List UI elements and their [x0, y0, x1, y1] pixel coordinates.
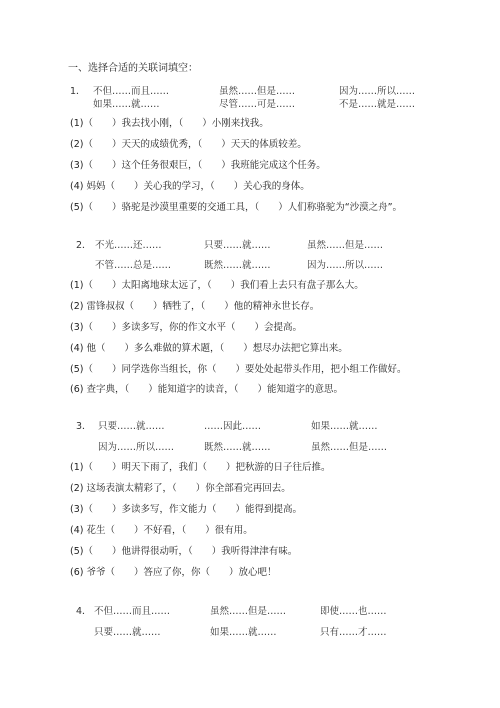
option: 只要……就……	[98, 418, 165, 432]
question: (5)（ ）他讲得很动听，（ ）我听得津津有味。	[70, 543, 297, 557]
option: 因为……所以……	[98, 439, 174, 453]
option: 尽管……可是……	[219, 96, 295, 110]
question: (2)（ ）天天的成绩优秀，（ ）天天的体质较差。	[70, 136, 307, 150]
question: (6) 爷爷（ ）答应了你，你（ ）放心吧！	[70, 564, 276, 578]
option: 只要……就……	[94, 624, 161, 638]
option: 只有……才……	[320, 624, 387, 638]
section-number: 2．	[76, 237, 92, 251]
section-number: 1．	[70, 83, 86, 97]
question: (3)（ ）多读多写，你的作文水平（ ）会提高。	[70, 319, 302, 333]
question: (2) 雷锋叔叔（ ）牺牲了，（ ）他的精神永世长存。	[70, 298, 319, 312]
option: 因为……所以……	[339, 83, 415, 97]
option: 不但……而且……	[94, 603, 170, 617]
section-number: 3．	[76, 418, 92, 432]
question: (3)（ ）多读多写，作文能力（ ）能得到提高。	[70, 501, 302, 515]
question: (1)（ ）明天下雨了，我们（ ）把秋游的日子往后推。	[70, 459, 330, 473]
option: 不光……还……	[95, 237, 162, 251]
worksheet-title: 一、选择合适的关联词填空：	[68, 59, 198, 74]
option: 即使……也……	[320, 603, 387, 617]
question: (2) 这场表演太精彩了，（ ）你全部看完再回去。	[70, 480, 291, 494]
option: 不是……就是……	[339, 96, 415, 110]
question: (1)（ ）我去找小刚，（ ）小刚来找我。	[70, 115, 269, 129]
option: 既然……就……	[204, 439, 271, 453]
question: (3)（ ）这个任务很艰巨，（ ）我班能完成这个任务。	[70, 157, 326, 171]
question: (5)（ ）同学选你当组长，你（ ）要处处起带头作用，把小组工作做好。	[70, 361, 406, 375]
question: (6) 查字典，（ ）能知道字的读音，（ ）能知道字的意思。	[70, 381, 343, 395]
question: (1)（ ）太阳离地球太远了，（ ）我们看上去只有盘子那么大。	[70, 277, 364, 291]
section-number: 4．	[76, 603, 92, 617]
option: 只要……就……	[204, 237, 271, 251]
option: 如果……就……	[311, 418, 378, 432]
option: 不但……而且……	[93, 83, 169, 97]
option: 不管……总是……	[95, 257, 171, 271]
option: 因为……所以……	[307, 257, 383, 271]
option: 如果……就……	[93, 96, 160, 110]
option: 虽然……但是……	[210, 603, 286, 617]
option: 如果……就……	[210, 624, 277, 638]
option: 既然……就……	[204, 257, 271, 271]
question: (4) 花生（ ）不好看，（ ）很有用。	[70, 522, 253, 536]
option: ……因此……	[204, 418, 261, 432]
option: 虽然……但是……	[307, 237, 383, 251]
question: (5)（ ）骆驼是沙漠里重要的交通工具，（ ）人们称骆驼为“沙漠之舟”。	[70, 199, 402, 213]
question: (4) 他（ ）多么难做的算术题，（ ）想尽办法把它算出来。	[70, 340, 348, 354]
question: (4) 妈妈（ ）关心我的学习，（ ）关心我的身体。	[70, 178, 310, 192]
option: 虽然……但是……	[311, 439, 387, 453]
option: 虽然……但是……	[219, 83, 295, 97]
